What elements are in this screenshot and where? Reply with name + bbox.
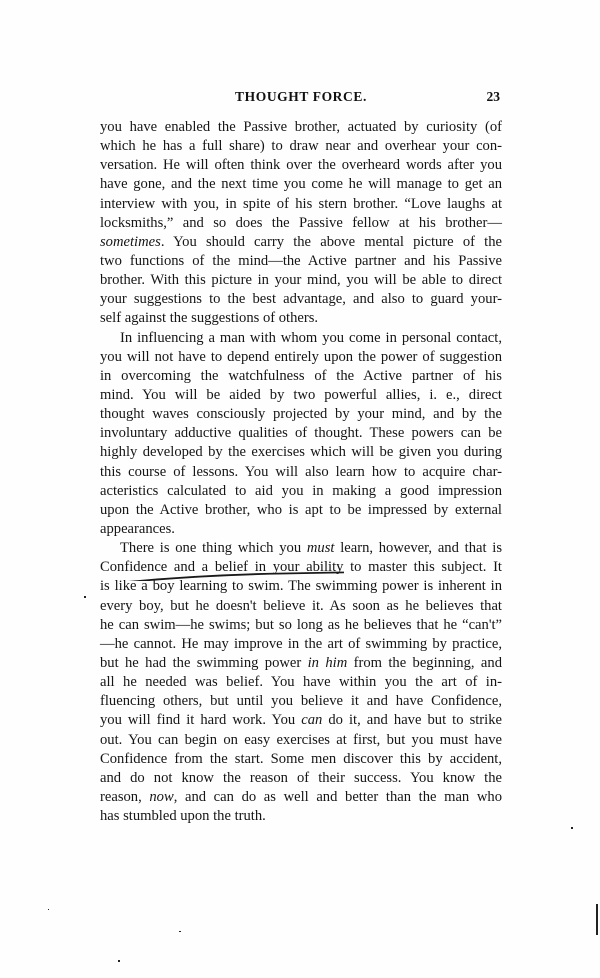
- text-line: In influencing a man with whom you come …: [100, 329, 502, 348]
- book-page: THOUGHT FORCE. 23 you have enabled the P…: [0, 0, 600, 978]
- text-line: have gone, and the next time you come he…: [100, 175, 502, 194]
- text-line: highly developed by the exercises which …: [100, 443, 502, 462]
- text-line: Confidence from the start. Some men disc…: [100, 750, 502, 769]
- text-line: and do not know the reason of their succ…: [100, 769, 502, 788]
- text-line: reason, now, and can do as well and bett…: [100, 788, 502, 807]
- italic-emphasis: now: [149, 789, 173, 805]
- text-line: thought waves consciously projected by y…: [100, 405, 502, 424]
- edge-line-mark: [596, 904, 598, 935]
- text-line: sometimes. You should carry the above me…: [100, 233, 502, 252]
- text-line: which he has a full share) to draw near …: [100, 137, 502, 156]
- text-line: self against the suggestions of others.: [100, 309, 502, 328]
- margin-speck: [118, 960, 120, 962]
- running-head: THOUGHT FORCE. 23: [100, 89, 502, 109]
- italic-emphasis: in him: [308, 655, 348, 671]
- text-line: There is one thing which you must learn,…: [100, 539, 502, 558]
- text-line: this course of lessons. You will also le…: [100, 463, 502, 482]
- pencil-underline-mark: [104, 569, 344, 581]
- text-line: you have enabled the Passive brother, ac…: [100, 118, 502, 137]
- text-line: has stumbled upon the truth.: [100, 807, 502, 826]
- text-line: brother. With this picture in your mind,…: [100, 271, 502, 290]
- text-line: mind. You will be aided by two powerful …: [100, 386, 502, 405]
- text-line: fluencing others, but until you believe …: [100, 692, 502, 711]
- text-line: he can swim—he swims; but so long as he …: [100, 616, 502, 635]
- text-line: you will find it hard work. You can do i…: [100, 711, 502, 730]
- text-line: but he had the swimming power in him fro…: [100, 654, 502, 673]
- text-line: involuntary adductive qualities of thoug…: [100, 424, 502, 443]
- margin-speck: [571, 827, 573, 829]
- running-title: THOUGHT FORCE.: [100, 89, 502, 105]
- page-number: 23: [487, 89, 501, 105]
- text-line: you will not have to depend entirely upo…: [100, 348, 502, 367]
- text-line: —he cannot. He may improve in the art of…: [100, 635, 502, 654]
- italic-emphasis: must: [307, 540, 335, 556]
- margin-speck: [48, 909, 49, 910]
- text-line: two functions of the mind—the Active par…: [100, 252, 502, 271]
- paragraph: you have enabled the Passive brother, ac…: [100, 118, 502, 329]
- italic-emphasis: sometimes: [100, 234, 161, 250]
- text-line: every boy, but he doesn't believe it. As…: [100, 597, 502, 616]
- text-line: locksmiths,” and so does the Passive fel…: [100, 214, 502, 233]
- text-line: interview with you, in spite of his ster…: [100, 195, 502, 214]
- text-line: your suggestions to the best advantage, …: [100, 290, 502, 309]
- text-line: upon the Active brother, who is apt to b…: [100, 501, 502, 520]
- text-line: versation. He will often think over the …: [100, 156, 502, 175]
- text-line: out. You can begin on easy exercises at …: [100, 731, 502, 750]
- margin-speck: [84, 596, 86, 598]
- paragraph: There is one thing which you must learn,…: [100, 539, 502, 826]
- text-line: appearances.: [100, 520, 502, 539]
- body-text: you have enabled the Passive brother, ac…: [100, 118, 502, 826]
- text-line: acteristics calculated to aid you in mak…: [100, 482, 502, 501]
- italic-emphasis: can: [301, 712, 322, 728]
- text-line: all he needed was belief. You have withi…: [100, 673, 502, 692]
- text-line: in overcoming the watchfulness of the Ac…: [100, 367, 502, 386]
- margin-speck: [179, 931, 181, 932]
- paragraph: In influencing a man with whom you come …: [100, 329, 502, 540]
